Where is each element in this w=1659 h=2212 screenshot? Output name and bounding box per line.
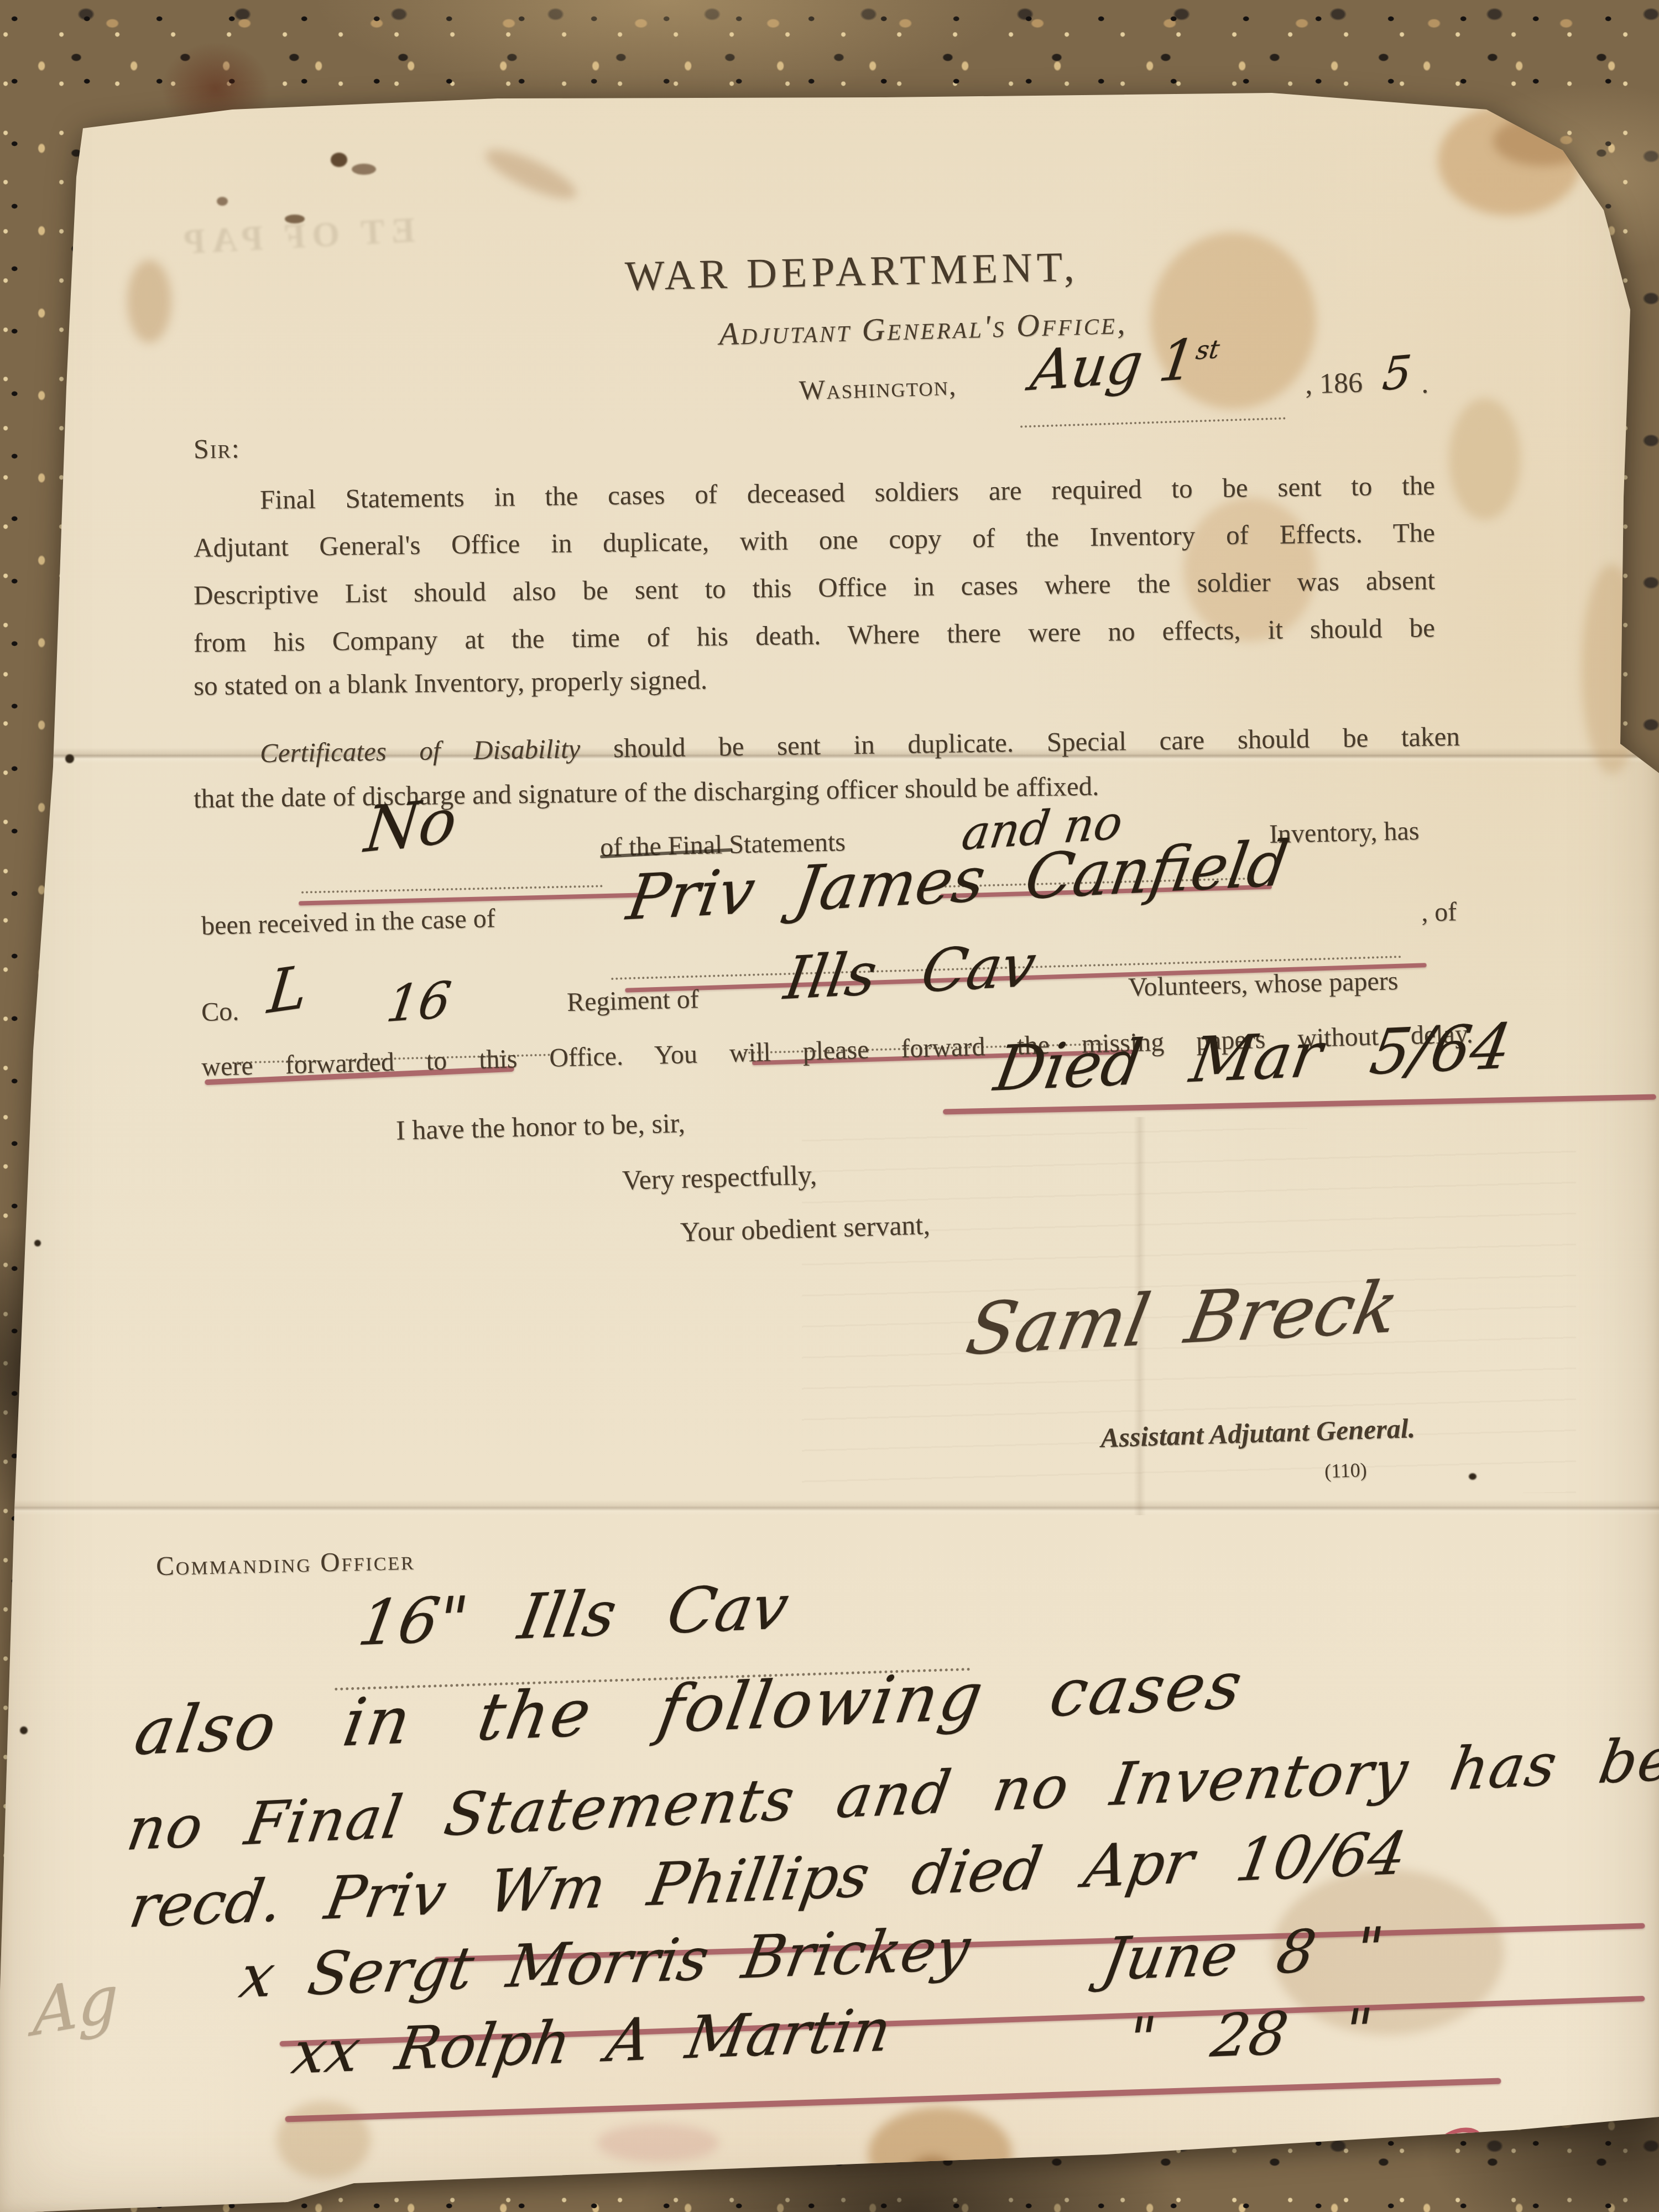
endorsement-line-date: June 8 " [1097, 1914, 1388, 1994]
closing-servant: Your obedient servant, [680, 1208, 930, 1248]
handwritten-date: Aug 1st [1027, 325, 1223, 403]
endorsement-unit: 16" Ills Cav [353, 1571, 794, 1660]
form-label-of: , of [1421, 896, 1457, 928]
photo-of-document: ET OF PAP WAR DEPARTMENT, Adjutant Gener… [0, 0, 1659, 2212]
closing-honor: I have the honor to be, sir, [395, 1107, 685, 1146]
body-text-line: from his Company at the time of his deat… [194, 612, 1436, 658]
date-suffix: st [1194, 333, 1222, 366]
stain [1449, 398, 1521, 520]
form-label-received: been received in the case of [201, 903, 495, 941]
endorsement-line-date: " 28 " [1122, 1996, 1377, 2074]
paper-speck [65, 754, 74, 763]
ink-blot [217, 197, 228, 206]
paper-speck [34, 1240, 41, 1246]
stain [1582, 564, 1642, 774]
handwritten-regiment-number: 16 [383, 971, 455, 1034]
letterhead-city: Washington, [799, 369, 957, 406]
stain [276, 2101, 371, 2179]
form-label-regiment: Regiment of [566, 984, 699, 1018]
stain [907, 2157, 957, 2201]
signer-title: Assistant Adjutant General. [1100, 1412, 1416, 1454]
paper-speck [1469, 1473, 1477, 1480]
ink-blot [331, 153, 347, 167]
form-number: (110) [1324, 1458, 1367, 1483]
fold-crease [0, 1500, 1659, 1515]
document-sheet: ET OF PAP WAR DEPARTMENT, Adjutant Gener… [0, 0, 1659, 2212]
body-text-line: so stated on a blank Inventory, properly… [194, 664, 708, 701]
signature: Saml Breck [960, 1266, 1405, 1371]
form-blank-line [301, 885, 603, 893]
paper-shadow-wrap: ET OF PAP WAR DEPARTMENT, Adjutant Gener… [0, 0, 1659, 2212]
paper-speck [20, 1726, 28, 1734]
red-ink-underline [1452, 2202, 1656, 2212]
endorsement-line: xx Rolph A Martin [288, 1996, 896, 2087]
form-label-volunteers: Volunteers, whose papers [1128, 966, 1399, 1003]
body-text-line: that the date of discharge and signature… [194, 770, 1099, 815]
pencil-initials: Ag [33, 1960, 118, 2051]
handwritten-year-digit: 5 [1380, 346, 1413, 401]
closing-respectfully: Very respectfully, [622, 1159, 817, 1196]
form-label-co: Co. [201, 996, 239, 1027]
stain [127, 260, 171, 343]
handwritten-company: L [265, 952, 311, 1027]
ink-blot [285, 215, 305, 223]
addressee-label: Commanding Officer [155, 1545, 415, 1582]
stain [868, 2107, 1012, 2201]
endorsement-line: also in the following cases [129, 1646, 1249, 1770]
handwritten-died-note: Died Mar 5/64 [989, 1010, 1516, 1105]
handwritten-no: No [362, 784, 460, 867]
salutation: Sir: [194, 432, 241, 465]
stain [1493, 116, 1593, 166]
printed-year: , 186 [1305, 366, 1363, 400]
red-ink-underline [285, 2078, 1501, 2122]
handwritten-regiment: Ills Cav [780, 931, 1040, 1013]
over-note: Over [1412, 2101, 1629, 2212]
date-blank-line [1020, 417, 1286, 427]
stain [480, 140, 582, 207]
emphasized-text: Certificates of Disability [260, 733, 581, 768]
stain [597, 2124, 719, 2162]
ink-blot [352, 164, 376, 175]
printed-period: . [1421, 367, 1429, 400]
letterhead-department: WAR DEPARTMENT, [624, 243, 1079, 300]
